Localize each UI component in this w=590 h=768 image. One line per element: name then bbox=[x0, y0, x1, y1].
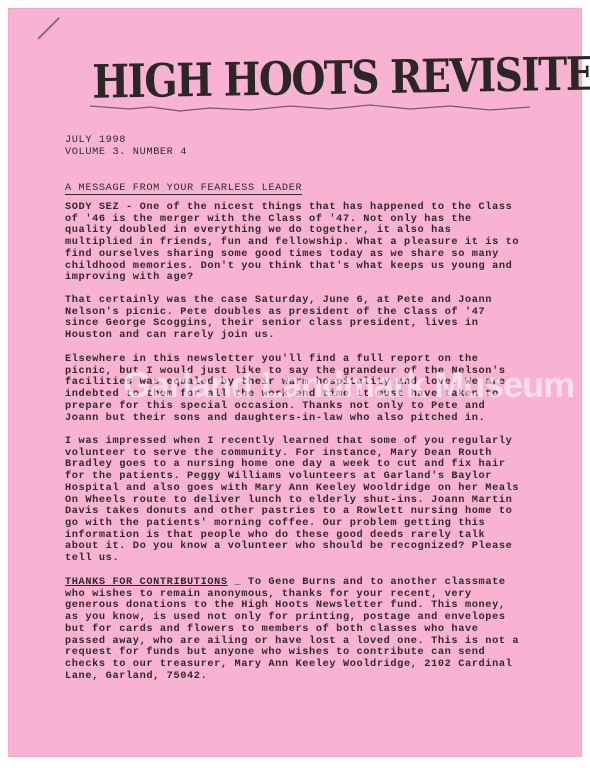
section-heading-message: A MESSAGE FROM YOUR FEARLESS LEADER bbox=[65, 182, 302, 195]
paragraph-picnic: That certainly was the case Saturday, Ju… bbox=[65, 295, 565, 342]
paragraph-nelsons: Elsewhere in this newsletter you'll find… bbox=[65, 354, 565, 424]
paragraph-volunteers: I was impressed when I recently learned … bbox=[65, 436, 565, 565]
paragraph-contributions: THANKS FOR CONTRIBUTIONS _ To Gene Burns… bbox=[65, 577, 565, 682]
newsletter-page: HIGH HOOTS REVISITED JULY 1998 VOLUME 3.… bbox=[8, 8, 582, 757]
section-heading-contributions: THANKS FOR CONTRIBUTIONS bbox=[65, 576, 228, 588]
issue-volume: VOLUME 3. NUMBER 4 bbox=[65, 147, 187, 159]
heading-separator: _ bbox=[228, 576, 248, 588]
issue-info: JULY 1998 VOLUME 3. NUMBER 4 bbox=[65, 135, 187, 158]
issue-date: JULY 1998 bbox=[65, 135, 187, 147]
newsletter-title: HIGH HOOTS REVISITED bbox=[92, 53, 538, 106]
scratch-mark bbox=[37, 17, 60, 40]
paragraph-sody-sez: SODY SEZ - One of the nicest things that… bbox=[65, 202, 565, 284]
title-scribble-decoration bbox=[90, 103, 530, 113]
contributions-body: To Gene Burns and to another classmate w… bbox=[65, 576, 519, 682]
